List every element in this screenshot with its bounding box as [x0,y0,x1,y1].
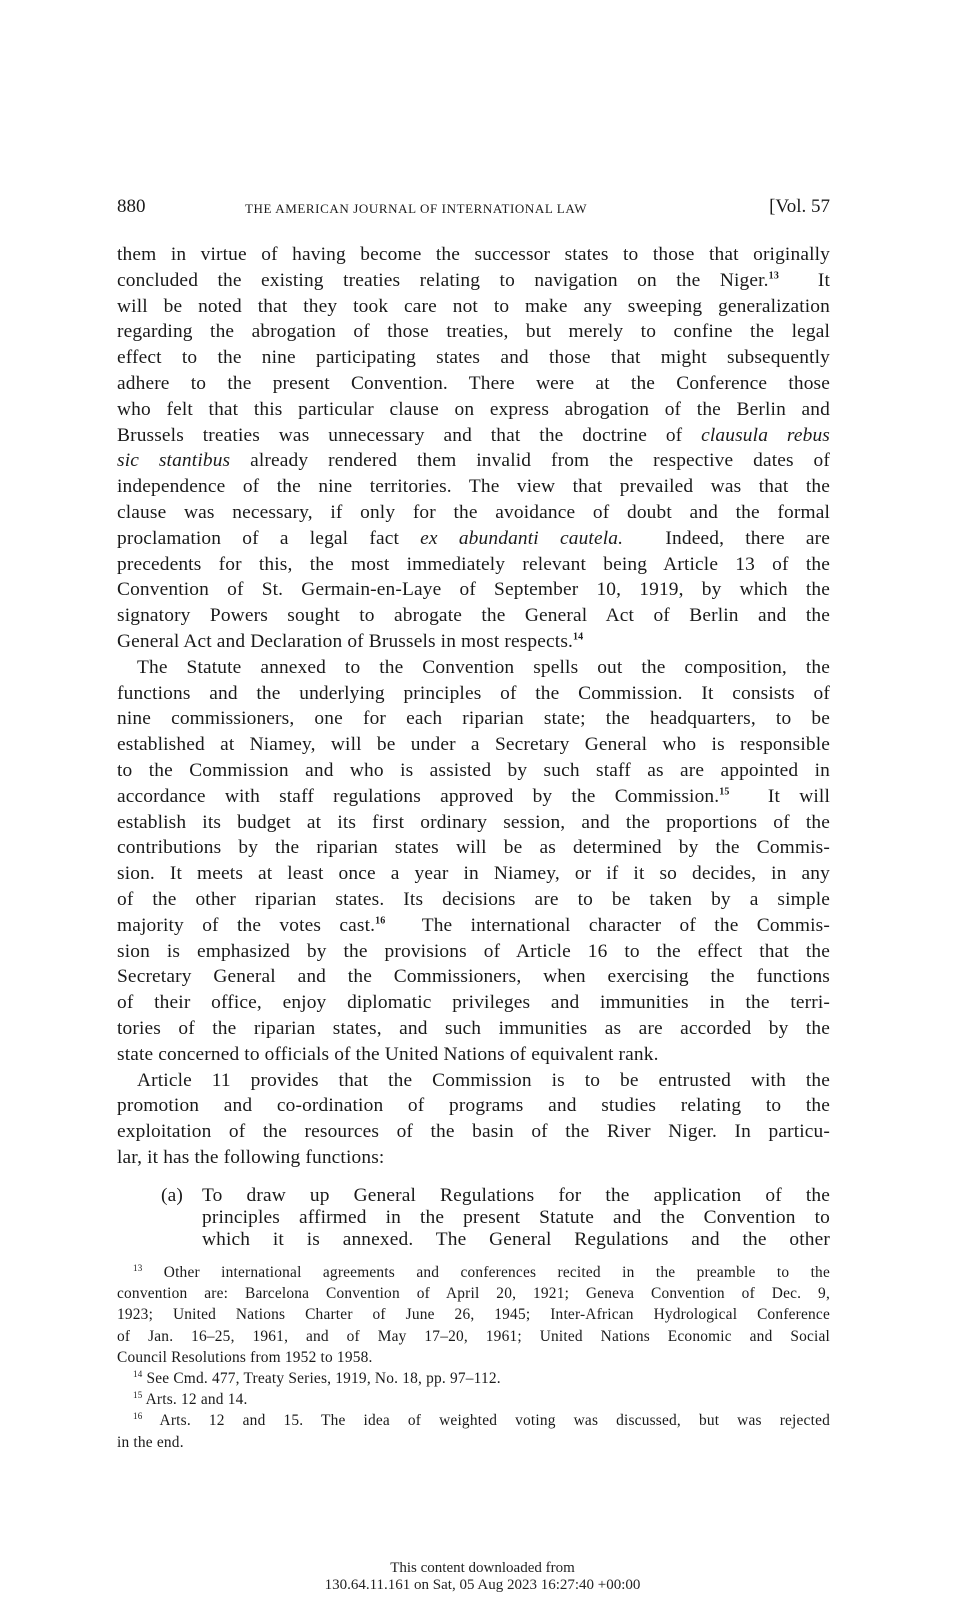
text-line: regarding the abrogation of those treati… [117,319,830,345]
download-line-1: This content downloaded from [0,1560,965,1577]
text-span: proclamation of a legal fact [117,528,420,549]
latin-phrase: sic stantibus [117,450,230,471]
footnote-number: 15 [133,1390,142,1400]
text-line: principles affirmed in the present Statu… [117,1207,830,1229]
text-line: clause was necessary, if only for the av… [117,500,830,526]
footnote-line: of Jan. 16–25, 1961, and of May 17–20, 1… [117,1326,830,1347]
text-span: The international character of the Commi… [385,915,830,936]
text-line: sion. It meets at least once a year in N… [117,861,830,887]
footnote-line: 15 Arts. 12 and 14. [117,1389,830,1410]
text-line: nine commissioners, one for each riparia… [117,706,830,732]
footnote-13: 13 Other international agreements and co… [117,1262,830,1368]
page-number: 880 [117,196,146,218]
footnote-15: 15 Arts. 12 and 14. [117,1389,830,1410]
text-line: to the Commission and who is assisted by… [117,758,830,784]
text-line: established at Niamey, will be under a S… [117,732,830,758]
text-line: accordance with staff regulations approv… [117,784,830,810]
text-line: Article 11 provides that the Commission … [117,1068,830,1094]
text-line: precedents for this, the most immediatel… [117,552,830,578]
footnote-14: 14 See Cmd. 477, Treaty Series, 1919, No… [117,1368,830,1389]
paragraph-1: them in virtue of having become the succ… [117,242,830,655]
text-line: tories of the riparian states, and such … [117,1016,830,1042]
text-span: General Act and Declaration of Brussels … [117,631,573,652]
text-line: who felt that this particular clause on … [117,397,830,423]
text-span: It [779,270,830,291]
footnotes: 13 Other international agreements and co… [117,1262,830,1453]
text-line: functions and the underlying principles … [117,681,830,707]
running-header: 880 THE AMERICAN JOURNAL OF INTERNATIONA… [117,196,830,222]
list-item-a: (a)To draw up General Regulations for th… [117,1185,830,1251]
text-line: establish its budget at its first ordina… [117,810,830,836]
text-span: accordance with staff regulations approv… [117,786,719,807]
footnote-ref-16[interactable]: 16 [375,915,385,926]
text-line: General Act and Declaration of Brussels … [117,629,830,655]
text-line: proclamation of a legal fact ex abundant… [117,526,830,552]
text-line: effect to the nine participating states … [117,345,830,371]
text-line: Secretary General and the Commissioners,… [117,964,830,990]
text-span: Arts. 12 and 15. The idea of weighted vo… [160,1412,830,1429]
text-line: exploitation of the resources of the bas… [117,1119,830,1145]
text-line: of the other riparian states. Its decisi… [117,887,830,913]
footnote-number: 13 [133,1263,142,1273]
text-span: Other international agreements and confe… [164,1264,830,1281]
text-span: See Cmd. 477, Treaty Series, 1919, No. 1… [146,1370,500,1387]
footnote-ref-15[interactable]: 15 [719,786,729,797]
item-label: (a) [161,1185,202,1207]
paragraph-3: Article 11 provides that the Commission … [117,1068,830,1171]
text-span: Indeed, there are [623,528,830,549]
footnote-number: 14 [133,1369,142,1379]
text-line: signatory Powers sought to abrogate the … [117,603,830,629]
text-line: of their office, enjoy diplomatic privil… [117,990,830,1016]
footnote-line: 14 See Cmd. 477, Treaty Series, 1919, No… [117,1368,830,1389]
footnote-line: 13 Other international agreements and co… [117,1262,830,1283]
text-line: The Statute annexed to the Convention sp… [117,655,830,681]
text-line: promotion and co-ordination of programs … [117,1093,830,1119]
footnote-ref-14[interactable]: 14 [573,631,583,642]
footnote-ref-13[interactable]: 13 [769,270,779,281]
text-span: Brussels treaties was unnecessary and th… [117,425,701,446]
footnote-line: Council Resolutions from 1952 to 1958. [117,1347,830,1368]
article-body: them in virtue of having become the succ… [117,242,830,1251]
text-span: concluded the existing treaties relating… [117,270,769,291]
text-line: state concerned to officials of the Unit… [117,1042,830,1068]
footnote-16: 16 Arts. 12 and 15. The idea of weighted… [117,1410,830,1452]
text-line: them in virtue of having become the succ… [117,242,830,268]
footnote-line: 16 Arts. 12 and 15. The idea of weighted… [117,1410,830,1431]
text-line: will be noted that they took care not to… [117,294,830,320]
latin-phrase: ex abundanti cautela. [420,528,623,549]
download-notice: This content downloaded from 130.64.11.1… [0,1560,965,1594]
text-line: Convention of St. Germain-en-Laye of Sep… [117,577,830,603]
text-line: sion is emphasized by the provisions of … [117,939,830,965]
text-line: Brussels treaties was unnecessary and th… [117,423,830,449]
text-span: It will [730,786,830,807]
text-span: Arts. 12 and 14. [146,1391,248,1408]
text-line: majority of the votes cast.16 The intern… [117,913,830,939]
volume-number: [Vol. 57 [769,196,830,218]
text-line: lar, it has the following functions: [117,1145,830,1171]
journal-page: 880 THE AMERICAN JOURNAL OF INTERNATIONA… [0,0,965,1600]
text-line: independence of the nine territories. Th… [117,474,830,500]
text-line: which it is annexed. The General Regulat… [117,1229,830,1251]
text-line: contributions by the riparian states wil… [117,835,830,861]
download-line-2: 130.64.11.161 on Sat, 05 Aug 2023 16:27:… [0,1577,965,1594]
text-line: adhere to the present Convention. There … [117,371,830,397]
footnote-number: 16 [133,1411,142,1421]
text-span: majority of the votes cast. [117,915,375,936]
paragraph-2: The Statute annexed to the Convention sp… [117,655,830,1068]
journal-title: THE AMERICAN JOURNAL OF INTERNATIONAL LA… [245,201,587,217]
footnote-line: 1923; United Nations Charter of June 26,… [117,1304,830,1325]
footnote-line: in the end. [117,1432,830,1453]
text-span: To draw up General Regulations for the a… [202,1185,830,1207]
footnote-line: convention are: Barcelona Convention of … [117,1283,830,1304]
text-span: already rendered them invalid from the r… [230,450,830,471]
latin-phrase: clausula rebus [701,425,830,446]
text-line: (a)To draw up General Regulations for th… [117,1185,830,1207]
text-line: concluded the existing treaties relating… [117,268,830,294]
text-line: sic stantibus already rendered them inva… [117,448,830,474]
